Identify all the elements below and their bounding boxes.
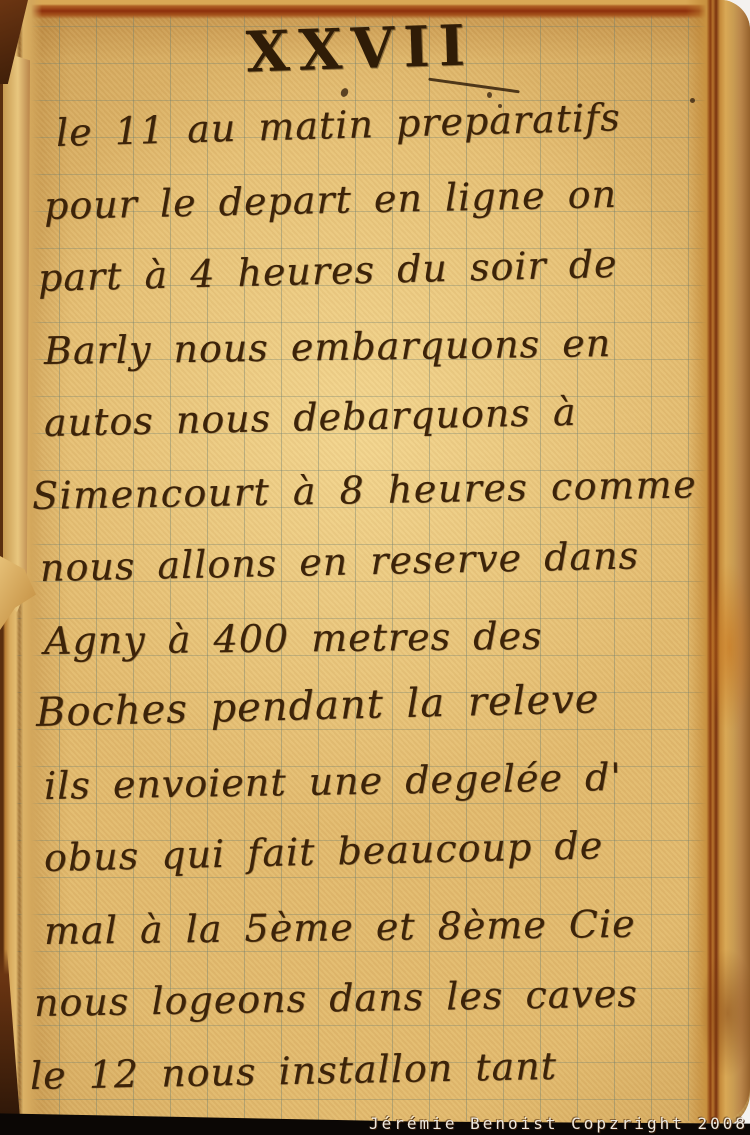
notebook-page: XXVII le 11 au matin preparatifs pour le… — [0, 0, 750, 1129]
handwritten-line: mal à la 5ème et 8ème Cie — [44, 887, 697, 967]
handwritten-line: obus qui fait beaucoup de — [43, 807, 696, 894]
handwritten-line: nous logeons dans les caves — [33, 957, 696, 1040]
stain — [699, 948, 750, 1078]
handwritten-line: autos nous debarquons à — [43, 373, 696, 459]
diary-photo: XXVII le 11 au matin preparatifs pour le… — [0, 0, 750, 1135]
handwritten-line: part à 4 heures du soir de — [37, 226, 697, 315]
watermark-text: Jérémie Benoist Copzright 2008 — [369, 1114, 748, 1133]
handwritten-text-block: le 11 au matin preparatifs pour le depar… — [44, 97, 696, 1112]
stain — [704, 562, 750, 732]
page-stub — [3, 52, 30, 612]
handwritten-line: Boches pendant la releve — [35, 661, 697, 750]
handwritten-line: le 12 nous installon tant — [29, 1027, 696, 1112]
handwritten-line: nous allons en reserve dans — [39, 518, 696, 604]
